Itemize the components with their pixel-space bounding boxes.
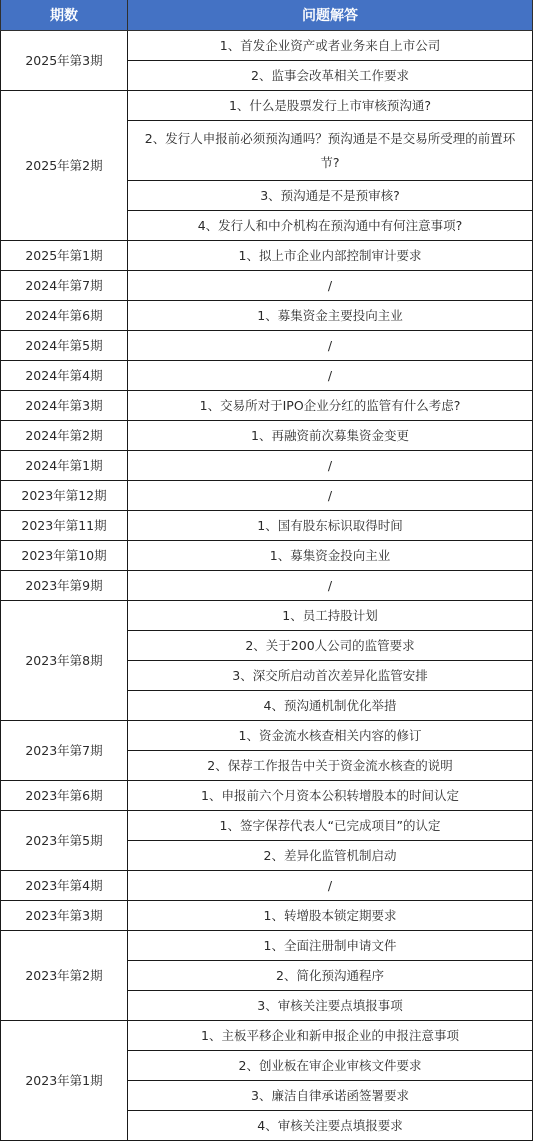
table-row: 2024年第7期/ <box>1 271 533 301</box>
answer-cell: 1、全面注册制申请文件 <box>128 931 533 961</box>
table-row: 2024年第3期1、交易所对于IPO企业分红的监管有什么考虑? <box>1 391 533 421</box>
table-row: 2023年第6期1、申报前六个月资本公积转增股本的时间认定 <box>1 781 533 811</box>
period-cell: 2024年第4期 <box>1 361 128 391</box>
period-cell: 2024年第3期 <box>1 391 128 421</box>
answer-cell: 1、拟上市企业内部控制审计要求 <box>128 241 533 271</box>
table-row: 2023年第5期1、签字保荐代表人“已完成项目”的认定 <box>1 811 533 841</box>
period-cell: 2024年第5期 <box>1 331 128 361</box>
answer-cell: / <box>128 361 533 391</box>
period-cell: 2024年第7期 <box>1 271 128 301</box>
period-cell: 2023年第7期 <box>1 721 128 781</box>
table-row: 2023年第9期/ <box>1 571 533 601</box>
period-cell: 2023年第12期 <box>1 481 128 511</box>
answer-cell: 1、募集资金主要投向主业 <box>128 301 533 331</box>
period-cell: 2023年第10期 <box>1 541 128 571</box>
answer-cell: 2、简化预沟通程序 <box>128 961 533 991</box>
answer-cell: 1、再融资前次募集资金变更 <box>128 421 533 451</box>
period-cell: 2023年第1期 <box>1 1021 128 1141</box>
qa-table: 期数 问题解答 2025年第3期1、首发企业资产或者业务来自上市公司2、监事会改… <box>0 0 533 1141</box>
table-row: 2024年第4期/ <box>1 361 533 391</box>
table-body: 2025年第3期1、首发企业资产或者业务来自上市公司2、监事会改革相关工作要求2… <box>1 31 533 1141</box>
answer-cell: 1、交易所对于IPO企业分红的监管有什么考虑? <box>128 391 533 421</box>
answer-cell: / <box>128 481 533 511</box>
table-row: 2024年第5期/ <box>1 331 533 361</box>
period-cell: 2023年第6期 <box>1 781 128 811</box>
table-row: 2023年第2期1、全面注册制申请文件 <box>1 931 533 961</box>
answer-cell: / <box>128 571 533 601</box>
answer-cell: 2、差异化监管机制启动 <box>128 841 533 871</box>
answer-cell: 3、预沟通是不是预审核? <box>128 181 533 211</box>
answer-cell: 2、保荐工作报告中关于资金流水核查的说明 <box>128 751 533 781</box>
table-row: 2024年第1期/ <box>1 451 533 481</box>
period-cell: 2023年第3期 <box>1 901 128 931</box>
period-cell: 2023年第8期 <box>1 601 128 721</box>
answer-cell: / <box>128 331 533 361</box>
period-cell: 2023年第5期 <box>1 811 128 871</box>
answer-cell: 1、什么是股票发行上市审核预沟通? <box>128 91 533 121</box>
table-row: 2023年第7期1、资金流水核查相关内容的修订 <box>1 721 533 751</box>
header-period: 期数 <box>1 0 128 31</box>
answer-cell: 2、监事会改革相关工作要求 <box>128 61 533 91</box>
table-row: 2023年第8期1、员工持股计划 <box>1 601 533 631</box>
answer-cell: 4、发行人和中介机构在预沟通中有何注意事项? <box>128 211 533 241</box>
period-cell: 2024年第2期 <box>1 421 128 451</box>
answer-cell: 1、首发企业资产或者业务来自上市公司 <box>128 31 533 61</box>
table-row: 2023年第3期1、转增股本锁定期要求 <box>1 901 533 931</box>
table-row: 2023年第11期1、国有股东标识取得时间 <box>1 511 533 541</box>
header-row: 期数 问题解答 <box>1 0 533 31</box>
answer-cell: 2、创业板在审企业审核文件要求 <box>128 1051 533 1081</box>
answer-cell: 4、审核关注要点填报要求 <box>128 1111 533 1141</box>
period-cell: 2025年第1期 <box>1 241 128 271</box>
answer-cell: 1、员工持股计划 <box>128 601 533 631</box>
table-row: 2023年第10期1、募集资金投向主业 <box>1 541 533 571</box>
answer-cell: 1、资金流水核查相关内容的修订 <box>128 721 533 751</box>
answer-cell: 3、深交所启动首次差异化监管安排 <box>128 661 533 691</box>
answer-cell: 4、预沟通机制优化举措 <box>128 691 533 721</box>
answer-cell: 1、签字保荐代表人“已完成项目”的认定 <box>128 811 533 841</box>
table-row: 2025年第1期1、拟上市企业内部控制审计要求 <box>1 241 533 271</box>
period-cell: 2025年第3期 <box>1 31 128 91</box>
period-cell: 2025年第2期 <box>1 91 128 241</box>
answer-cell: 1、申报前六个月资本公积转增股本的时间认定 <box>128 781 533 811</box>
answer-cell: 1、募集资金投向主业 <box>128 541 533 571</box>
answer-cell: 1、转增股本锁定期要求 <box>128 901 533 931</box>
answer-cell: 2、发行人申报前必须预沟通吗？预沟通是不是交易所受理的前置环节? <box>128 121 533 181</box>
answer-cell: 3、廉洁自律承诺函签署要求 <box>128 1081 533 1111</box>
header-answers: 问题解答 <box>128 0 533 31</box>
answer-cell: / <box>128 871 533 901</box>
answer-cell: 1、国有股东标识取得时间 <box>128 511 533 541</box>
table-row: 2024年第6期1、募集资金主要投向主业 <box>1 301 533 331</box>
table-row: 2023年第4期/ <box>1 871 533 901</box>
period-cell: 2024年第1期 <box>1 451 128 481</box>
period-cell: 2023年第11期 <box>1 511 128 541</box>
table-row: 2024年第2期1、再融资前次募集资金变更 <box>1 421 533 451</box>
period-cell: 2023年第2期 <box>1 931 128 1021</box>
answer-cell: / <box>128 271 533 301</box>
table-row: 2025年第2期1、什么是股票发行上市审核预沟通? <box>1 91 533 121</box>
answer-cell: 3、审核关注要点填报事项 <box>128 991 533 1021</box>
period-cell: 2023年第9期 <box>1 571 128 601</box>
period-cell: 2024年第6期 <box>1 301 128 331</box>
period-cell: 2023年第4期 <box>1 871 128 901</box>
answer-cell: 1、主板平移企业和新申报企业的申报注意事项 <box>128 1021 533 1051</box>
answer-cell: / <box>128 451 533 481</box>
table-row: 2023年第1期1、主板平移企业和新申报企业的申报注意事项 <box>1 1021 533 1051</box>
table-row: 2023年第12期/ <box>1 481 533 511</box>
table-row: 2025年第3期1、首发企业资产或者业务来自上市公司 <box>1 31 533 61</box>
answer-cell: 2、关于200人公司的监管要求 <box>128 631 533 661</box>
